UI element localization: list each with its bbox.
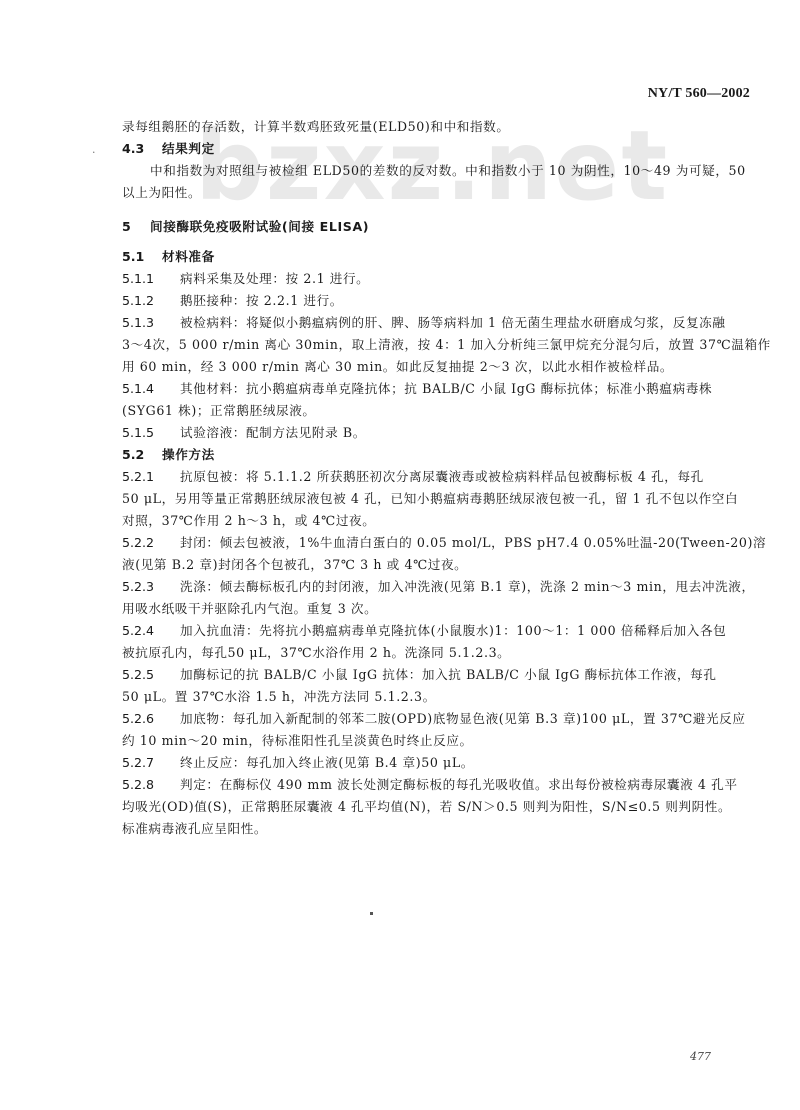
clause-5-2-3-line-2: 用吸水纸吸干并驱除孔内气泡。重复 3 次。 <box>122 598 752 620</box>
clause-5-1-1: 5.1.1病料采集及处理：按 2.1 进行。 <box>122 268 752 290</box>
clause-number: 5.2.4 <box>122 620 180 642</box>
clause-text: 加入抗血清：先将抗小鹅瘟病毒单克隆抗体(小鼠腹水)1：100～1：1 000 倍… <box>180 623 726 638</box>
clause-5-1-4-line-2: (SYG61 株)；正常鹅胚绒尿液。 <box>122 400 752 422</box>
clause-number: 5.1.3 <box>122 312 180 334</box>
clause-number: 5.1.4 <box>122 378 180 400</box>
clause-5-1-5: 5.1.5试验溶液：配制方法见附录 B。 <box>122 422 752 444</box>
clause-number: 5.1.2 <box>122 290 180 312</box>
clause-5-2-5-line-2: 50 μL。置 37℃水浴 1.5 h，冲洗方法同 5.1.2.3。 <box>122 686 752 708</box>
section-title: 间接酶联免疫吸附试验(间接 ELISA) <box>150 219 369 234</box>
heading-5-1: 5.1材料准备 <box>122 246 752 268</box>
clause-5-2-8-line-2: 均吸光(OD)值(S)，正常鹅胚尿囊液 4 孔平均值(N)，若 S/N＞0.5 … <box>122 796 752 818</box>
margin-mark: · <box>92 146 96 159</box>
clause-5-2-5: 5.2.5加酶标记的抗 BALB/C 小鼠 IgG 抗体：加入抗 BALB/C … <box>122 664 752 686</box>
clause-5-2-8: 5.2.8判定：在酶标仪 490 mm 波长处测定酶标板的每孔光吸收值。求出每份… <box>122 774 752 796</box>
clause-text: 被检病料：将疑似小鹅瘟病例的肝、脾、肠等病料加 1 倍无菌生理盐水研磨成匀浆，反… <box>180 315 726 330</box>
scan-speck <box>370 912 373 915</box>
section-title: 材料准备 <box>162 249 215 264</box>
clause-text: 判定：在酶标仪 490 mm 波长处测定酶标板的每孔光吸收值。求出每份被检病毒尿… <box>180 777 738 792</box>
clause-5-1-3-line-2: 3～4次，5 000 r/min 离心 30min，取上清液，按 4：1 加入分… <box>122 334 752 356</box>
clause-text: 抗原包被：将 5.1.1.2 所获鹅胚初次分离尿囊液毒或被检病料样品包被酶标板 … <box>180 469 704 484</box>
clause-text: 封闭：倾去包被液，1%牛血清白蛋白的 0.05 mol/L，PBS pH7.4 … <box>180 535 766 550</box>
clause-5-2-4-line-2: 被抗原孔内，每孔50 μL，37℃水浴作用 2 h。洗涤同 5.1.2.3。 <box>122 642 752 664</box>
clause-5-2-1-line-3: 对照，37℃作用 2 h～3 h，或 4℃过夜。 <box>122 510 752 532</box>
clause-text: 其他材料：抗小鹅瘟病毒单克隆抗体；抗 BALB/C 小鼠 IgG 酶标抗体；标准… <box>180 381 712 396</box>
clause-number: 5.2.7 <box>122 752 180 774</box>
paragraph-4-2-continuation: 录每组鹅胚的存活数，计算半数鸡胚致死量(ELD50)和中和指数。 <box>122 116 752 138</box>
clause-number: 5.2.8 <box>122 774 180 796</box>
paragraph-4-3-line-1: 中和指数为对照组与被检组 ELD50的差数的反对数。中和指数小于 10 为阴性，… <box>122 160 752 182</box>
clause-5-2-6: 5.2.6加底物：每孔加入新配制的邻苯二胺(OPD)底物显色液(见第 B.3 章… <box>122 708 752 730</box>
standard-code: NY/T 560—2002 <box>648 86 750 102</box>
clause-5-2-7: 5.2.7终止反应：每孔加入终止液(见第 B.4 章)50 μL。 <box>122 752 752 774</box>
section-number: 5 <box>122 216 150 238</box>
clause-5-2-3: 5.2.3洗涤：倾去酶标板孔内的封闭液，加入冲洗液(见第 B.1 章)，洗涤 2… <box>122 576 752 598</box>
clause-number: 5.2.2 <box>122 532 180 554</box>
paragraph-4-3-line-2: 以上为阳性。 <box>122 182 752 204</box>
document-body: 录每组鹅胚的存活数，计算半数鸡胚致死量(ELD50)和中和指数。 4.3结果判定… <box>122 116 752 840</box>
clause-number: 5.1.5 <box>122 422 180 444</box>
heading-5-2: 5.2操作方法 <box>122 444 752 466</box>
clause-text: 加底物：每孔加入新配制的邻苯二胺(OPD)底物显色液(见第 B.3 章)100 … <box>180 711 746 726</box>
clause-5-2-6-line-2: 约 10 min～20 min，待标准阳性孔呈淡黄色时终止反应。 <box>122 730 752 752</box>
clause-text: 加酶标记的抗 BALB/C 小鼠 IgG 抗体：加入抗 BALB/C 小鼠 Ig… <box>180 667 717 682</box>
clause-number: 5.1.1 <box>122 268 180 290</box>
section-number: 4.3 <box>122 138 162 160</box>
clause-5-1-2: 5.1.2鹅胚接种：按 2.2.1 进行。 <box>122 290 752 312</box>
section-title: 操作方法 <box>162 447 215 462</box>
document-page: NY/T 560—2002 bzxz.net · 录每组鹅胚的存活数，计算半数鸡… <box>0 0 800 1110</box>
heading-4-3: 4.3结果判定 <box>122 138 752 160</box>
clause-number: 5.2.5 <box>122 664 180 686</box>
clause-5-1-3: 5.1.3被检病料：将疑似小鹅瘟病例的肝、脾、肠等病料加 1 倍无菌生理盐水研磨… <box>122 312 752 334</box>
clause-5-1-3-line-3: 用 60 min，经 3 000 r/min 离心 30 min。如此反复抽提 … <box>122 356 752 378</box>
clause-5-2-2: 5.2.2封闭：倾去包被液，1%牛血清白蛋白的 0.05 mol/L，PBS p… <box>122 532 752 554</box>
page-number: 477 <box>690 1050 711 1063</box>
clause-text: 鹅胚接种：按 2.2.1 进行。 <box>180 293 343 308</box>
clause-5-2-1-line-2: 50 μL，另用等量正常鹅胚绒尿液包被 4 孔，已知小鹅瘟病毒鹅胚绒尿液包被一孔… <box>122 488 752 510</box>
clause-text: 洗涤：倾去酶标板孔内的封闭液，加入冲洗液(见第 B.1 章)，洗涤 2 min～… <box>180 579 755 594</box>
clause-5-2-2-line-2: 液(见第 B.2 章)封闭各个包被孔，37℃ 3 h 或 4℃过夜。 <box>122 554 752 576</box>
heading-5: 5间接酶联免疫吸附试验(间接 ELISA) <box>122 216 752 238</box>
section-title: 结果判定 <box>162 141 215 156</box>
clause-number: 5.2.6 <box>122 708 180 730</box>
clause-number: 5.2.3 <box>122 576 180 598</box>
clause-5-2-8-line-3: 标准病毒液孔应呈阳性。 <box>122 818 752 840</box>
clause-text: 病料采集及处理：按 2.1 进行。 <box>180 271 369 286</box>
clause-text: 试验溶液：配制方法见附录 B。 <box>180 425 366 440</box>
clause-5-2-1: 5.2.1抗原包被：将 5.1.1.2 所获鹅胚初次分离尿囊液毒或被检病料样品包… <box>122 466 752 488</box>
section-number: 5.1 <box>122 246 162 268</box>
section-number: 5.2 <box>122 444 162 466</box>
clause-text: 终止反应：每孔加入终止液(见第 B.4 章)50 μL。 <box>180 755 474 770</box>
clause-number: 5.2.1 <box>122 466 180 488</box>
clause-5-1-4: 5.1.4其他材料：抗小鹅瘟病毒单克隆抗体；抗 BALB/C 小鼠 IgG 酶标… <box>122 378 752 400</box>
clause-5-2-4: 5.2.4加入抗血清：先将抗小鹅瘟病毒单克隆抗体(小鼠腹水)1：100～1：1 … <box>122 620 752 642</box>
